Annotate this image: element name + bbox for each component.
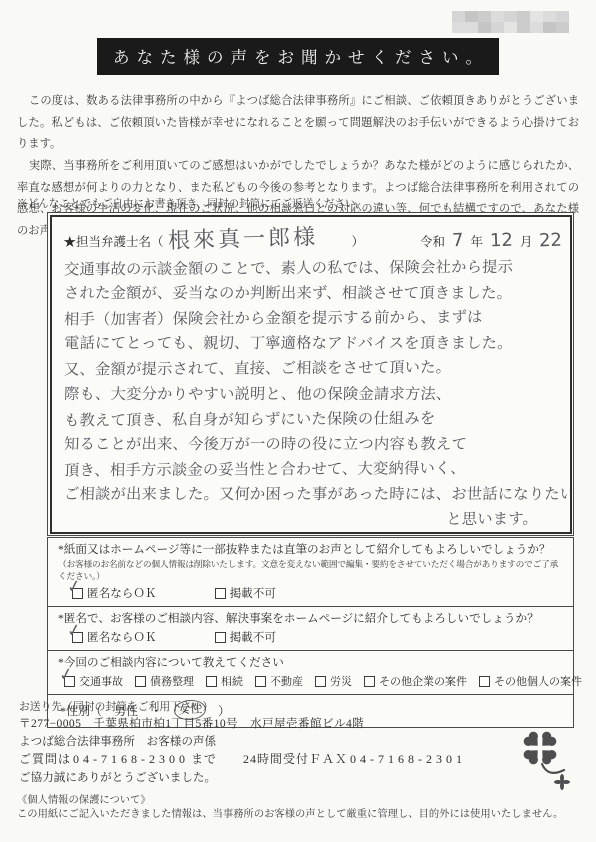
- sendto-label: お送り先（同封の封筒をご利用下さい）: [19, 699, 213, 714]
- checkbox-label: その他企業の案件: [379, 673, 467, 689]
- checkbox-traffic-accident[interactable]: ✓ 交通事故: [64, 673, 123, 689]
- checkbox-no-publish-web[interactable]: 掲載不可: [215, 629, 276, 645]
- free-writing-note: ※どんなことでもご自由にお書き頂き、同封の封筒にてご返送ください。: [17, 196, 366, 211]
- privacy-title: 《個人情報の保護について》: [17, 791, 151, 806]
- page-title: あなた様の声をお聞かせください。: [97, 38, 499, 75]
- handwritten-line: 頂き、相手方示談金の妥当性と合わせて、大変納得いく、: [63, 456, 562, 484]
- consent-row-web: *匿名で、お客様のご相談内容、解決事案をホームページに紹介してもよろしいでしょう…: [48, 606, 573, 650]
- checkbox-label: その他個人の案件: [494, 673, 582, 689]
- thanks-line: ご協力誠にありがとうございました。: [19, 769, 216, 785]
- year-unit: 年: [471, 232, 484, 250]
- checkbox-label: 掲載不可: [230, 585, 276, 601]
- checkbox-real-estate[interactable]: 不動産: [255, 673, 303, 689]
- intro-paragraph-1: この度は、数ある法律事務所の中から『よつば総合法律事務所』にご相談、ご依頼頂きあ…: [17, 91, 579, 156]
- day-value-handwritten: 22: [539, 229, 563, 251]
- fax-label: 24時間受付ＦＡＸ: [243, 752, 348, 766]
- comment-box-inner: ★担当弁護士名（ 根來真一郎様 ） 令和 7 年 12 月 22 日 交通事故の…: [50, 215, 572, 534]
- checkbox-label: 相続: [221, 673, 243, 689]
- handwritten-line: 際も、大変分かりやすい説明と、他の保険金請求方法、: [63, 382, 562, 407]
- privacy-text: この用紙にご記入いただきました情報は、当事務所のお客様の声として厳重に管理し、目…: [17, 805, 563, 820]
- checkbox-debt[interactable]: 債務整理: [135, 673, 194, 689]
- checkbox-anonymous-ok-print[interactable]: ✓ 匿名ならＯＫ: [72, 585, 157, 601]
- consent2-question: *匿名で、お客様のご相談内容、解決事案をホームページに紹介してもよろしいでしょう…: [58, 610, 565, 626]
- phone-number: 04-7168-2300: [73, 752, 189, 766]
- checkbox-labor-accident[interactable]: 労災: [315, 673, 352, 689]
- checkbox-anonymous-ok-web[interactable]: ✓ 匿名ならＯＫ: [72, 629, 157, 645]
- lawyer-name-handwritten: 根來真一郎様: [167, 220, 318, 255]
- fax-number: 04-7168-2301: [350, 752, 466, 766]
- office-name: よつば総合法律事務所 お客様の声係: [19, 733, 216, 749]
- checkbox-icon[interactable]: [255, 676, 266, 687]
- checkbox-icon[interactable]: [215, 588, 226, 599]
- consent1-note: （お客様のお名前などの個人情報は削除いたします。文意を変えない範囲で編集・要約を…: [58, 558, 565, 582]
- checkbox-inheritance[interactable]: 相続: [206, 673, 243, 689]
- scanned-feedback-form: あなた様の声をお聞かせください。 この度は、数ある法律事務所の中から『よつば総合…: [0, 0, 596, 842]
- contact-line: ご質問は04-7168-2300まで24時間受付ＦＡＸ04-7168-2301: [19, 750, 468, 767]
- year-value-handwritten: 7: [452, 229, 464, 250]
- redacted-stamp: [452, 11, 569, 33]
- handwritten-line: 交通事故の示談金額のことで、素人の私では、保険会社から提示: [63, 254, 562, 282]
- checkbox-label: 労災: [330, 673, 352, 689]
- handwritten-line: 知ることが出来、今後万が一の時の役に立つ内容も教えて: [63, 432, 562, 457]
- checkbox-other-corporate[interactable]: その他企業の案件: [364, 673, 467, 689]
- case-type-row: *今回のご相談内容について教えてください ✓ 交通事故 債務整理 相続: [48, 650, 573, 694]
- checkbox-icon[interactable]: [479, 676, 490, 687]
- comment-box: ★担当弁護士名（ 根來真一郎様 ） 令和 7 年 12 月 22 日 交通事故の…: [47, 212, 574, 536]
- case-type-question: *今回のご相談内容について教えてください: [58, 654, 565, 670]
- handwritten-line: ご相談が出来ました。又何か困った事があった時には、お世話になりたい: [63, 482, 562, 507]
- four-leaf-clover-logo: [519, 727, 581, 800]
- office-address: 〒277−0005 千葉県柏市柏1丁目5番10号 水戸屋壱番館ビル4階: [19, 715, 364, 731]
- comment-box-header: ★担当弁護士名（ 根來真一郎様 ） 令和 7 年 12 月 22 日: [64, 222, 562, 256]
- era-label: 令和: [420, 232, 445, 250]
- checkbox-label: 交通事故: [79, 673, 123, 689]
- checkbox-label: 匿名ならＯＫ: [87, 629, 157, 645]
- month-value-handwritten: 12: [490, 229, 514, 251]
- day-unit: 日: [569, 232, 571, 250]
- small-clover-icon: [554, 774, 570, 790]
- consent1-question: *紙面又はホームページ等に一部抜粋または直筆のお声として紹介してもよろしいでしょ…: [58, 541, 565, 557]
- clover-icon: [519, 727, 581, 795]
- checkbox-icon[interactable]: [206, 676, 217, 687]
- checkbox-label: 債務整理: [150, 673, 194, 689]
- checkbox-other-personal[interactable]: その他個人の案件: [479, 673, 582, 689]
- checkbox-icon[interactable]: [135, 676, 146, 687]
- handwritten-line: 又、金額が提示されて、直接、ご相談をさせて頂いた。: [63, 355, 562, 383]
- consent-row-print: *紙面又はホームページ等に一部抜粋または直筆のお声として紹介してもよろしいでしょ…: [48, 538, 573, 606]
- checkbox-icon[interactable]: [315, 676, 326, 687]
- handwritten-line: 相手（加害者）保険会社から金額を提示する前から、まずは: [63, 304, 562, 332]
- checkbox-label: 匿名ならＯＫ: [87, 585, 157, 601]
- checkbox-label: 掲載不可: [230, 629, 276, 645]
- lawyer-name-label: ★担当弁護士名（: [64, 232, 164, 250]
- checkbox-icon[interactable]: [215, 632, 226, 643]
- handwritten-line: 電話にてとっても、親切、丁寧適格なアドバイスを頂きました。: [63, 331, 562, 356]
- phone-suffix: まで: [191, 752, 217, 766]
- phone-label: ご質問は: [19, 752, 71, 766]
- handwritten-comment: 交通事故の示談金額のことで、素人の私では、保険会社から提示 された金額が、妥当な…: [64, 256, 562, 533]
- checkbox-no-publish-print[interactable]: 掲載不可: [215, 585, 276, 601]
- handwritten-line: と思います。: [63, 506, 562, 533]
- handwritten-line: も教えて頂き、私自身が知らずにいた保険の仕組みを: [63, 405, 562, 433]
- month-unit: 月: [520, 232, 533, 250]
- checkbox-icon[interactable]: [364, 676, 375, 687]
- handwritten-line: された金額が、妥当なのか判断出来ず、相談させて頂きました。: [63, 281, 562, 306]
- checkbox-label: 不動産: [270, 673, 303, 689]
- lawyer-name-close-paren: ）: [352, 232, 365, 250]
